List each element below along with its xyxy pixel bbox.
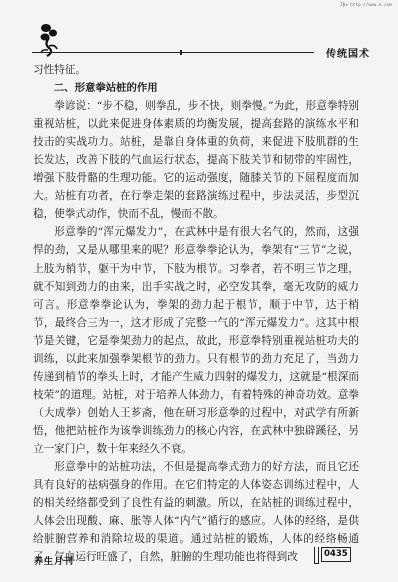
page-marker-icon — [314, 547, 319, 564]
section-name: 传统国术 — [326, 45, 370, 60]
header-rule-mark — [180, 50, 182, 55]
page-number: 0435 — [321, 547, 351, 562]
paragraph: 形意拳中的站桩功法，不但是提高拳式劲力的好方法，而且它还具有良好的祛病强身的作用… — [33, 458, 359, 566]
continuation-text: 习性特征。 — [33, 61, 359, 79]
header-rule — [32, 52, 314, 53]
page-header: 传统国术 — [30, 22, 384, 60]
watermark-text: Ĵ₿ɏ http://www.e.com — [340, 2, 392, 7]
paragraph: 拳谚说：“步不稳，则拳乱，步不快，则拳慢。”为此，形意拳特别重视站桩，以此来促进… — [33, 97, 359, 223]
article-body: 习性特征。 二、形意拳站桩的作用 拳谚说：“步不稳，则拳乱，步不快，则拳慢。”为… — [33, 61, 359, 566]
paragraph: 形意拳的“浑元爆发力”，在武林中是有很大名气的，然而，这强悍的劲，又是从哪里来的… — [33, 223, 359, 458]
section-heading: 二、形意拳站桩的作用 — [33, 79, 359, 97]
publication-name: 养生月刊 — [34, 554, 74, 567]
